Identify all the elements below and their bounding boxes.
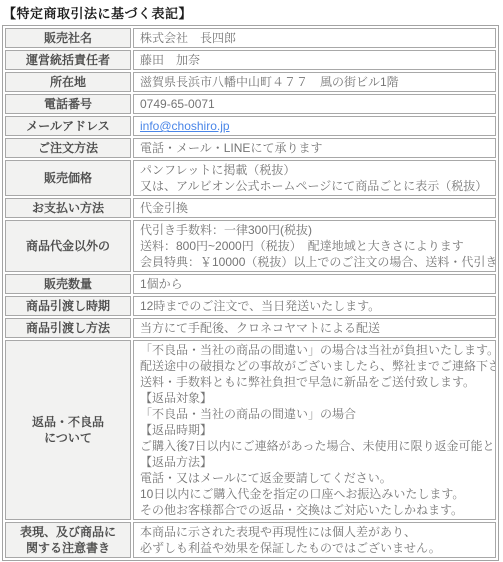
row-value-extra-fees: 代引き手数料：一律300円(税抜) 送料：800円~2000円（税抜） 配達地域… xyxy=(133,220,496,272)
row-value-delivery-method: 当方にて手配後、クロネコヤマトによる配送 xyxy=(133,318,496,338)
table-row-returns: 返品・不良品 について 「不良品・当社の商品の間違い」の場合は当社が負担いたしま… xyxy=(5,340,496,520)
row-label-manager: 運営統括責任者 xyxy=(5,50,131,70)
row-value-email: info@choshiro.jp xyxy=(133,116,496,136)
table-row-sales-quantity: 販売数量 1個から xyxy=(5,274,496,294)
row-value-sales-quantity: 1個から xyxy=(133,274,496,294)
row-label-disclaimer: 表現、及び商品に 関する注意書き xyxy=(5,522,131,558)
table-row-seller-name: 販売社名 株式会社 長四郎 xyxy=(5,28,496,48)
table-row-payment-method: お支払い方法 代金引換 xyxy=(5,198,496,218)
row-label-delivery-time: 商品引渡し時期 xyxy=(5,296,131,316)
table-row-disclaimer: 表現、及び商品に 関する注意書き 本商品に示された表現や再現性には個人差があり、… xyxy=(5,522,496,558)
row-label-payment-method: お支払い方法 xyxy=(5,198,131,218)
row-value-order-method: 電話・メール・LINEにて承ります xyxy=(133,138,496,158)
row-value-price: パンフレットに掲載（税抜） 又は、アルビオン公式ホームページにて商品ごとに表示（… xyxy=(133,160,496,196)
tokushoho-table: 販売社名 株式会社 長四郎 運営統括責任者 藤田 加奈 所在地 滋賀県長浜市八幡… xyxy=(2,25,499,561)
table-row-delivery-time: 商品引渡し時期 12時までのご注文で、当日発送いたします。 xyxy=(5,296,496,316)
row-value-delivery-time: 12時までのご注文で、当日発送いたします。 xyxy=(133,296,496,316)
row-label-order-method: ご注文方法 xyxy=(5,138,131,158)
row-label-extra-fees: 商品代金以外の xyxy=(5,220,131,272)
page-title: 【特定商取引法に基づく表記】 xyxy=(3,3,501,22)
table-row-email: メールアドレス info@choshiro.jp xyxy=(5,116,496,136)
table-row-delivery-method: 商品引渡し方法 当方にて手配後、クロネコヤマトによる配送 xyxy=(5,318,496,338)
table-row-price: 販売価格 パンフレットに掲載（税抜） 又は、アルビオン公式ホームページにて商品ご… xyxy=(5,160,496,196)
table-row-extra-fees: 商品代金以外の 代引き手数料：一律300円(税抜) 送料：800円~2000円（… xyxy=(5,220,496,272)
table-row-order-method: ご注文方法 電話・メール・LINEにて承ります xyxy=(5,138,496,158)
row-label-price: 販売価格 xyxy=(5,160,131,196)
row-value-seller-name: 株式会社 長四郎 xyxy=(133,28,496,48)
email-link[interactable]: info@choshiro.jp xyxy=(140,119,230,133)
row-value-manager: 藤田 加奈 xyxy=(133,50,496,70)
table-row-manager: 運営統括責任者 藤田 加奈 xyxy=(5,50,496,70)
row-label-returns: 返品・不良品 について xyxy=(5,340,131,520)
table-row-phone: 電話番号 0749-65-0071 xyxy=(5,94,496,114)
row-value-returns: 「不良品・当社の商品の間違い」の場合は当社が負担いたします。 配送途中の破損など… xyxy=(133,340,496,520)
row-label-phone: 電話番号 xyxy=(5,94,131,114)
row-label-email: メールアドレス xyxy=(5,116,131,136)
row-label-sales-quantity: 販売数量 xyxy=(5,274,131,294)
row-label-delivery-method: 商品引渡し方法 xyxy=(5,318,131,338)
row-label-address: 所在地 xyxy=(5,72,131,92)
row-value-payment-method: 代金引換 xyxy=(133,198,496,218)
row-label-seller-name: 販売社名 xyxy=(5,28,131,48)
row-value-disclaimer: 本商品に示された表現や再現性には個人差があり、 必ずしも利益や効果を保証したもの… xyxy=(133,522,496,558)
row-value-phone: 0749-65-0071 xyxy=(133,94,496,114)
row-value-address: 滋賀県長浜市八幡中山町４７７ 風の街ビル1階 xyxy=(133,72,496,92)
table-row-address: 所在地 滋賀県長浜市八幡中山町４７７ 風の街ビル1階 xyxy=(5,72,496,92)
page: 【特定商取引法に基づく表記】 販売社名 株式会社 長四郎 運営統括責任者 藤田 … xyxy=(0,0,503,562)
